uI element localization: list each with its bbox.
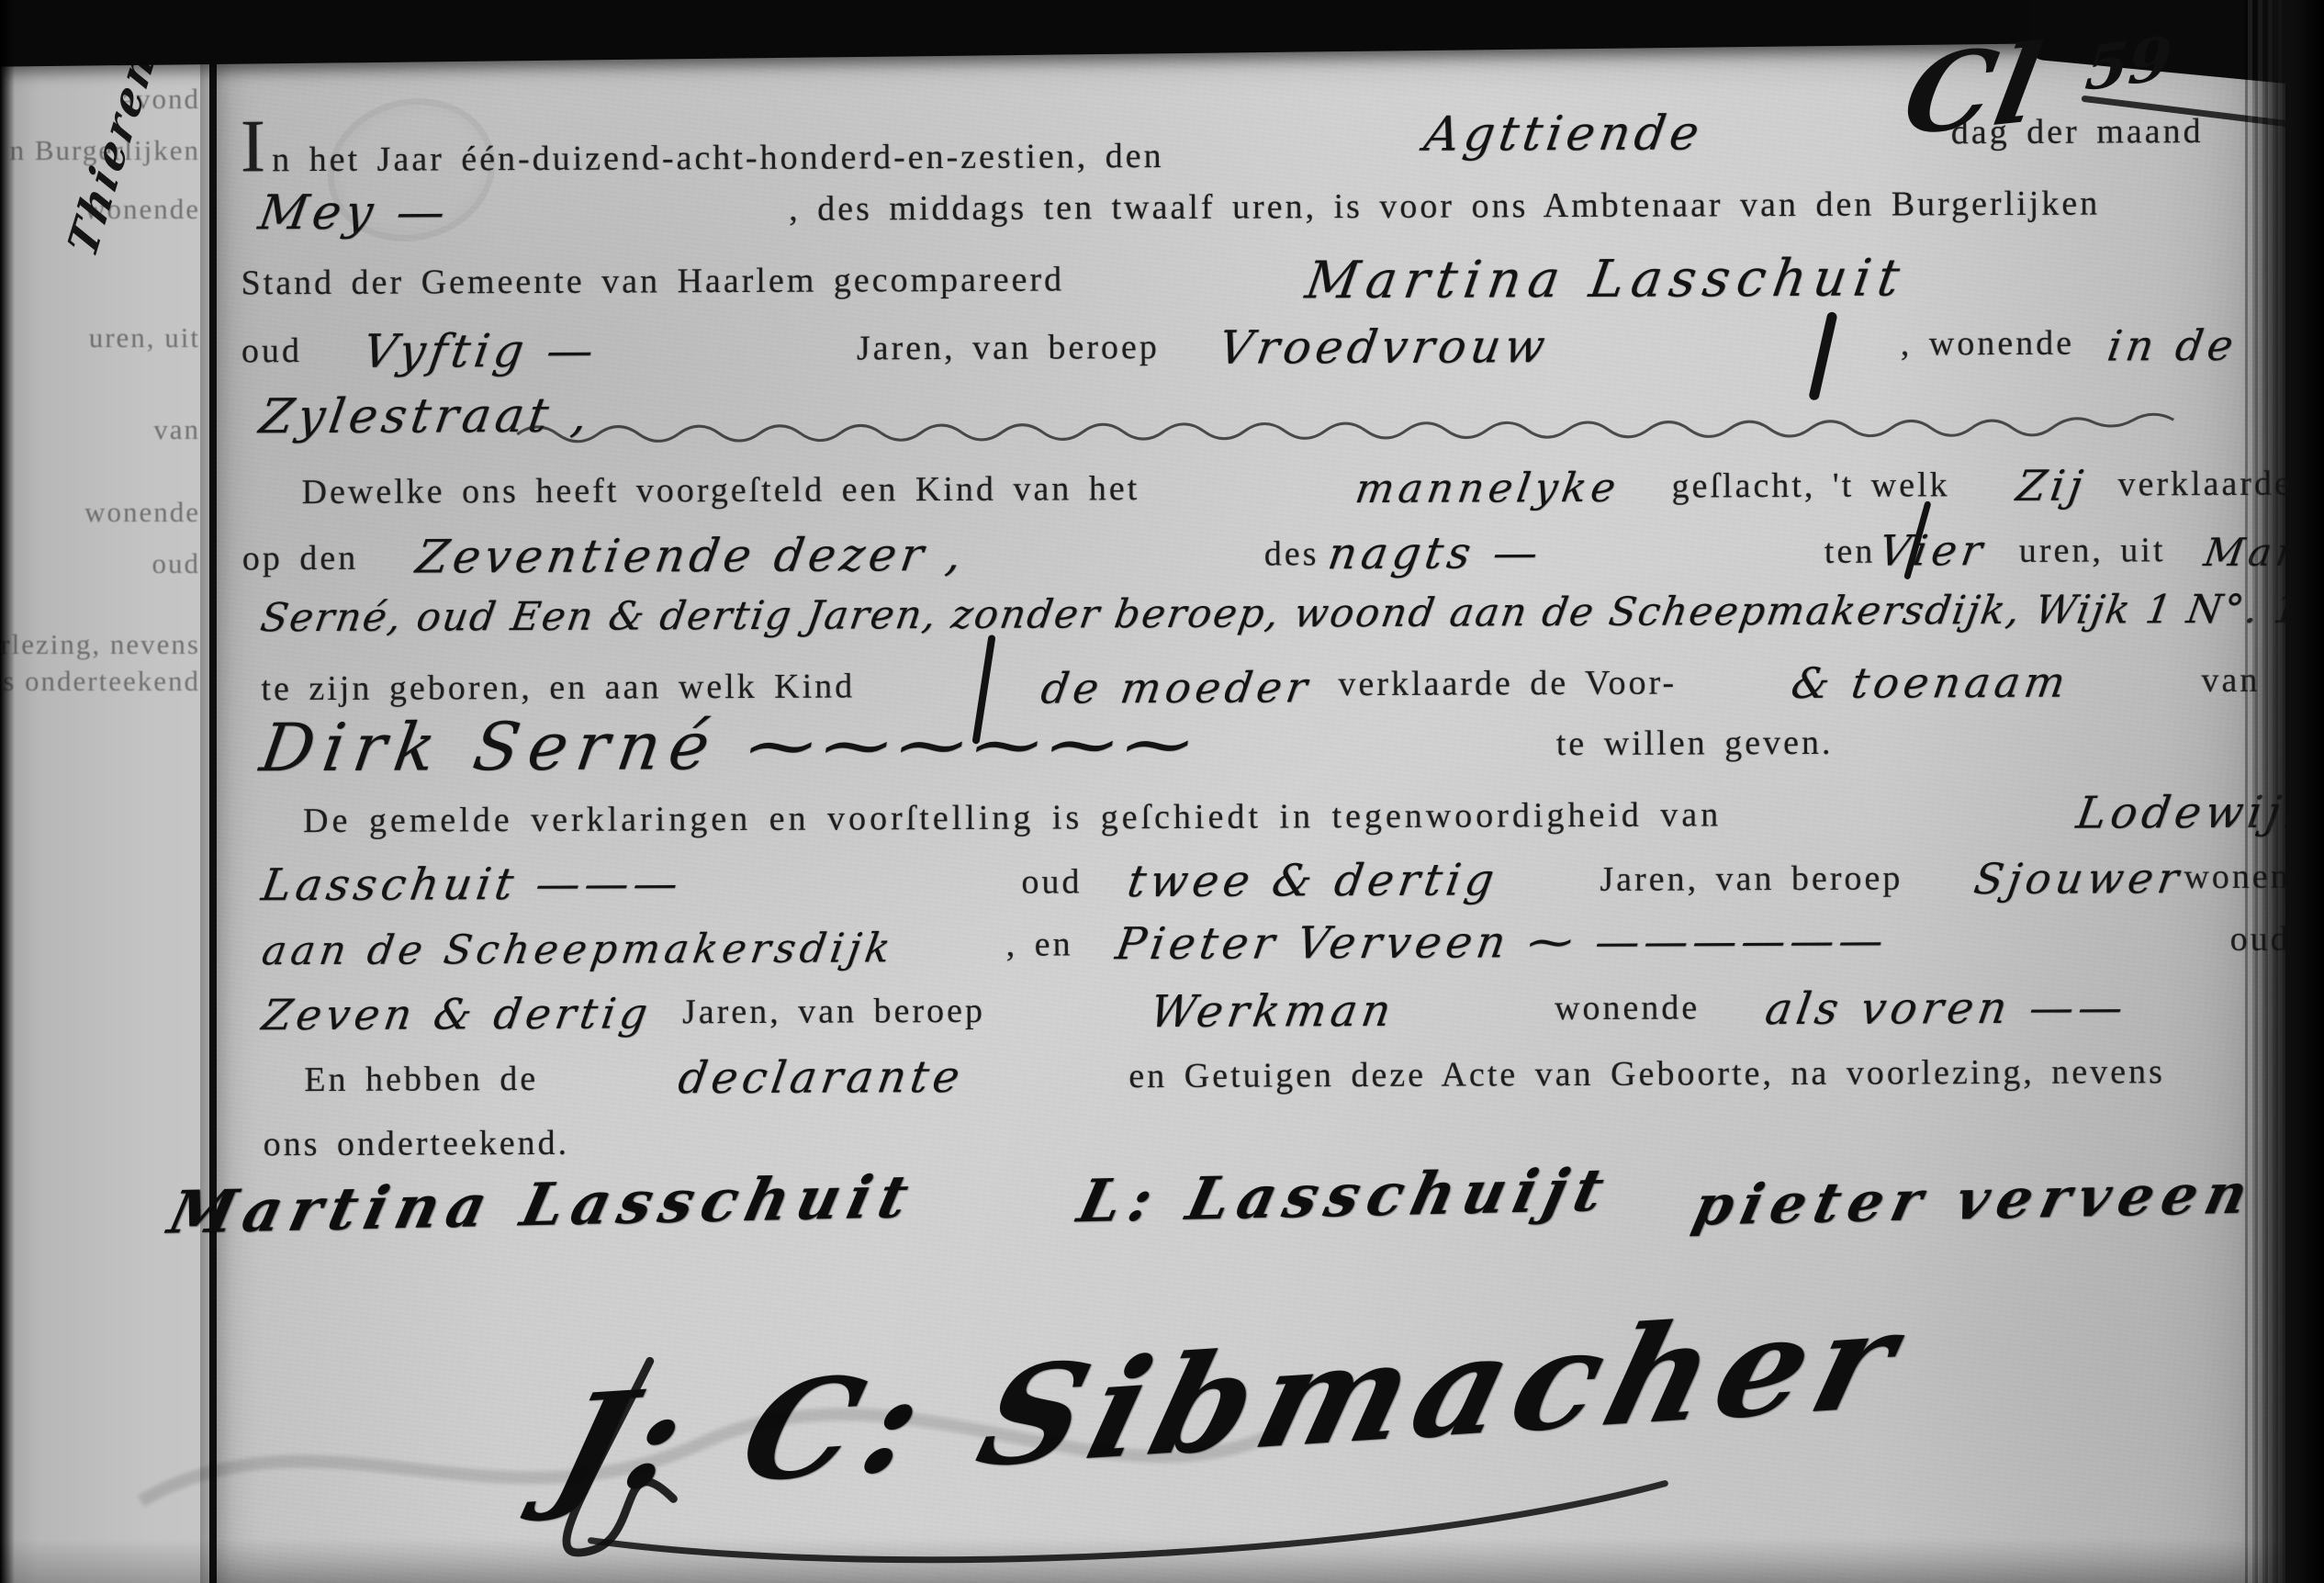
printed-op-den: op den <box>242 538 359 579</box>
printed-time-clause: , des middags ten twaalf uren, is voor o… <box>789 184 2100 230</box>
birth-hour: Vier <box>1876 525 1991 576</box>
printed-voornaam-clause: verklaarde de Voor- <box>1338 663 1677 705</box>
printed-uren-uit: uren, uit <box>2019 530 2166 571</box>
printed-beroep: Jaren, van beroep <box>857 327 1160 368</box>
printed-wonende: , wonende <box>1901 323 2074 365</box>
witness1-residence: aan de Scheepmakersdijk <box>259 925 898 974</box>
declarant-occupation: Vroedvrouw <box>1215 320 1553 375</box>
printed-geslacht: geſlacht, 't welk <box>1671 465 1949 506</box>
scan-right-edge <box>2252 0 2324 1583</box>
bottom-shadow <box>0 1539 2324 1583</box>
printed-beroep: Jaren, van beroep <box>682 991 985 1032</box>
witness1-surname: Lasschuit ——— <box>258 858 686 911</box>
printed-ten: ten <box>1824 532 1876 572</box>
printed-en-hebben-de: En hebben de <box>304 1059 538 1100</box>
child-name: Dirk Serné ⁓⁓⁓⁓⁓⁓ <box>255 705 1206 787</box>
printed-witness-clause: De gemelde verklaringen en voorſtelling … <box>303 794 1722 841</box>
witness1-occupation: Sjouwer <box>1970 853 2186 904</box>
signature-row: Martina Lasschuit L: Lasschuijt pieter v… <box>2 1162 2324 1310</box>
scanned-birth-record: avond n Burgerlijken wonende uren, uit v… <box>0 0 2324 1583</box>
printed-beroep: Jaren, van beroep <box>1600 858 1903 899</box>
blank-filler-wave <box>512 399 2174 449</box>
act-text: In het Jaar één-duizend-acht-honderd-en-… <box>0 0 2324 1583</box>
declarant-age: Vyftig — <box>359 324 601 378</box>
printed-oud: oud <box>241 331 302 371</box>
entry-number: 59 <box>2083 22 2173 105</box>
signature-witness1: L: Lasschuijt <box>1072 1156 1618 1237</box>
printed-onderteekend: ons onderteekend. <box>264 1123 570 1164</box>
signature-declarant: Martina Lasschuit <box>163 1162 923 1248</box>
register-mark: Cl <box>1895 19 2052 160</box>
entry-month: Mey — <box>255 185 454 241</box>
printed-wonende: wonende <box>1555 987 1700 1028</box>
printed-te-willen-geven: te willen geven. <box>1556 723 1834 764</box>
written-declarante: declarante <box>675 1051 968 1104</box>
declarant-pronoun: Zij <box>2013 461 2090 511</box>
act-line-10: Dirk Serné ⁓⁓⁓⁓⁓⁓ te willen geven. <box>0 713 2324 800</box>
witness2-name: Pieter Verveen ⁓ —————— <box>1112 915 1892 971</box>
birth-daypart: nagts — <box>1325 527 1546 579</box>
printed-en: , en <box>1006 924 1073 964</box>
printed-getuigen-clause: en Getuigen deze Acte van Geboorte, na v… <box>1128 1051 2165 1096</box>
written-toenaam: & toenaam <box>1788 657 2072 708</box>
printed-municipality-clause: Stand der Gemeente van Haarlem gecompare… <box>241 259 1064 303</box>
child-sex: mannelyke <box>1353 465 1623 512</box>
mother-name-b: Serné, oud Een & dertig Jaren, zonder be… <box>257 586 2324 641</box>
witness2-age: Zeven & dertig <box>259 988 656 1039</box>
declarant-name: Martina Lasschuit <box>1302 248 1911 310</box>
witness2-occupation: Werkman <box>1147 985 1399 1038</box>
printed-des: des <box>1264 533 1319 574</box>
printed-geboren-clause: te zijn geboren, en aan welk Kind <box>261 666 855 709</box>
witness1-age: twee & dertig <box>1124 854 1501 907</box>
signature-witness2: pieter verveen <box>1688 1162 2262 1238</box>
entry-day: Agttiende <box>1420 106 1707 162</box>
printed-presentation-clause: Dewelke ons heeft voorgeſteld een Kind v… <box>301 468 1140 512</box>
declarant-residence-a: in de <box>2105 320 2241 371</box>
witness2-residence: als voren —— <box>1762 982 2131 1035</box>
printed-year-clause: In het Jaar één-duizend-acht-honderd-en-… <box>241 116 1164 180</box>
printed-oud: oud <box>1021 861 1082 902</box>
birth-day: Zeventiende dezer , <box>412 528 970 584</box>
scan-left-edge <box>0 0 15 1583</box>
